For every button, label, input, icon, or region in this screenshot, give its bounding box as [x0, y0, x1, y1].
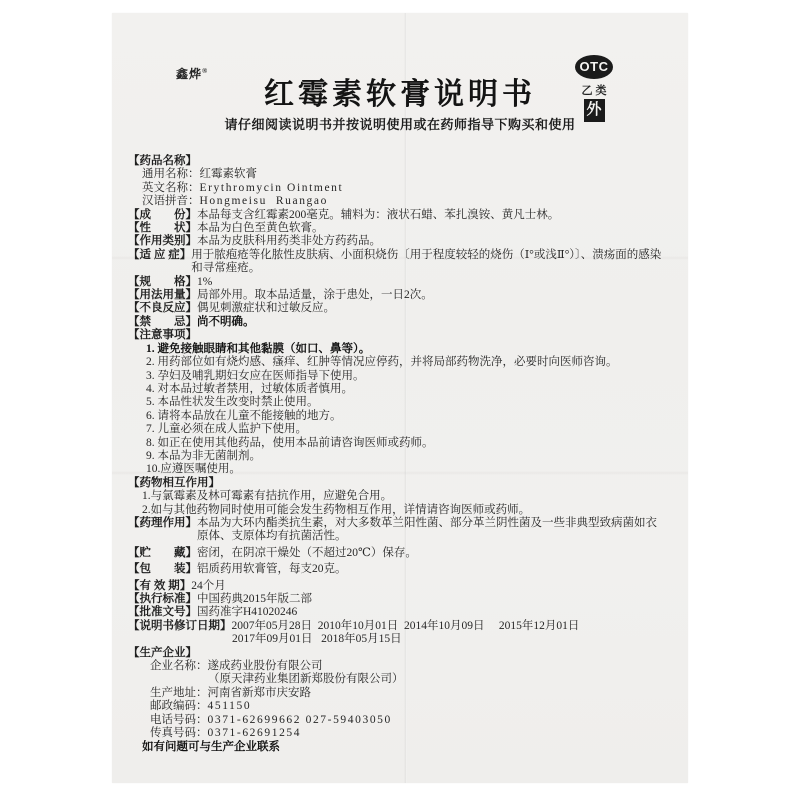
section-label: 【批准文号】	[128, 606, 197, 619]
section-label: 【性 状】	[128, 222, 197, 235]
section-validity-period: 【有 效 期】 24个月	[128, 580, 664, 593]
section-label: 【药品名称】	[128, 155, 197, 168]
section-label: 【药物相互作用】	[128, 477, 220, 490]
section-adverse-reactions: 【不良反应】 偶见刺激症状和过敏反应。	[128, 302, 664, 315]
section-revision-dates: 【说明书修订日期】 2007年05月28日 2010年10月01日 2014年1…	[128, 620, 664, 633]
section-drug-interactions: 【药物相互作用】	[128, 477, 664, 490]
section-dosage: 【用法用量】 局部外用。取本品适量，涂于患处，一日2次。	[128, 289, 664, 302]
section-label: 【生产企业】	[128, 647, 197, 660]
manufacturer-address-label: 生产地址：	[150, 687, 208, 700]
pinyin-name-line: 汉语拼音： Hongmeisu Ruangao	[128, 195, 664, 208]
precaution-item: 4. 对本品过敏者禁用，过敏体质者慎用。	[128, 383, 664, 396]
section-text: 铝质药用软膏管，每支20克。	[197, 563, 664, 576]
english-name-line: 英文名称： Erythromycin Ointment	[128, 182, 664, 195]
section-text: 24个月	[191, 580, 664, 593]
interaction-item: 2.如与其他药物同时使用可能会发生药物相互作用，详情请咨询医师或药师。	[128, 504, 664, 517]
manufacturer-former-name: （原天津药业集团新郑股份有限公司）	[128, 673, 664, 686]
leaflet-body: 【药品名称】 通用名称： 红霉素软膏 英文名称： Erythromycin Oi…	[128, 155, 664, 755]
precaution-item: 5. 本品性状发生改变时禁止使用。	[128, 396, 664, 409]
otc-category-label: 乙类	[572, 82, 616, 98]
precaution-item: 3. 孕妇及哺乳期妇女应在医师指导下使用。	[128, 370, 664, 383]
generic-name-label: 通用名称：	[142, 168, 200, 181]
section-pharmacology: 【药理作用】 本品为大环内酯类抗生素，对大多数革兰阳性菌、部分革兰阴性菌及一些非…	[128, 517, 664, 544]
pinyin-name-value: Hongmeisu Ruangao	[200, 195, 328, 208]
section-executive-standard: 【执行标准】 中国药典2015年版二部	[128, 593, 664, 606]
manufacturer-name-line: 企业名称： 遂成药业股份有限公司	[128, 660, 664, 673]
pinyin-name-label: 汉语拼音：	[142, 195, 200, 208]
section-text: 用于脓疱疮等化脓性皮肤病、小面积烧伤〔用于程度较轻的烧伤（Ⅰ°或浅Ⅱ°）〕、溃疡…	[191, 249, 664, 276]
interaction-item: 1.与氯霉素及林可霉素有拮抗作用，应避免合用。	[128, 490, 664, 503]
section-manufacturer: 【生产企业】	[128, 647, 664, 660]
external-use-mark-icon: 外	[584, 99, 605, 122]
section-precautions: 【注意事项】	[128, 329, 664, 342]
generic-name-value: 红霉素软膏	[200, 168, 258, 181]
section-storage: 【贮 藏】 密闭，在阴凉干燥处（不超过20℃）保存。	[128, 547, 664, 560]
section-text: 本品为大环内酯类抗生素，对大多数革兰阳性菌、部分革兰阴性菌及一些非典型致病菌如衣…	[197, 517, 664, 544]
section-text: 本品每支含红霉素200毫克。辅料为：液状石蜡、苯扎溴铵、黄凡士林。	[197, 209, 664, 222]
section-drug-name: 【药品名称】	[128, 155, 664, 168]
section-label: 【注意事项】	[128, 329, 197, 342]
manufacturer-name-label: 企业名称：	[150, 660, 208, 673]
section-contraindications: 【禁 忌】 尚不明确。	[128, 316, 664, 329]
manufacturer-zip-label: 邮政编码：	[150, 700, 208, 713]
section-label: 【有 效 期】	[128, 580, 191, 593]
section-label: 【禁 忌】	[128, 316, 197, 329]
section-label: 【贮 藏】	[128, 547, 197, 560]
section-text: 本品为白色至黄色软膏。	[197, 222, 664, 235]
section-label: 【适 应 症】	[128, 249, 191, 262]
section-specification: 【规 格】 1%	[128, 276, 664, 289]
otc-marking: OTC 乙类 外	[572, 55, 616, 122]
section-label: 【不良反应】	[128, 302, 197, 315]
manufacturer-address-line: 生产地址： 河南省新郑市庆安路	[128, 687, 664, 700]
section-text: 密闭，在阴凉干燥处（不超过20℃）保存。	[197, 547, 664, 560]
section-action-category: 【作用类别】 本品为皮肤科用药类非处方药药品。	[128, 235, 664, 248]
manufacturer-name-value: 遂成药业股份有限公司	[208, 660, 323, 673]
section-text: 国药准字H41020246	[197, 606, 664, 619]
leaflet-page: 鑫烨® 红霉素软膏说明书 请仔细阅读说明书并按说明使用或在药师指导下购买和使用 …	[112, 13, 688, 783]
manufacturer-fax-line: 传真号码： 0371-62691254	[128, 727, 664, 740]
section-text: 本品为皮肤科用药类非处方药药品。	[197, 235, 664, 248]
section-label: 【用法用量】	[128, 289, 197, 302]
section-text: 1%	[197, 276, 664, 289]
precaution-item: 7. 儿童必须在成人监护下使用。	[128, 423, 664, 436]
precaution-item: 2. 用药部位如有烧灼感、瘙痒、红肿等情况应停药，并将局部药物洗净，必要时向医师…	[128, 356, 664, 369]
generic-name-line: 通用名称： 红霉素软膏	[128, 168, 664, 181]
section-character: 【性 状】 本品为白色至黄色软膏。	[128, 222, 664, 235]
manufacturer-fax-value: 0371-62691254	[208, 727, 302, 740]
precaution-item: 10.应遵医嘱使用。	[128, 463, 664, 476]
section-indications: 【适 应 症】 用于脓疱疮等化脓性皮肤病、小面积烧伤〔用于程度较轻的烧伤（Ⅰ°或…	[128, 249, 664, 276]
manufacturer-fax-label: 传真号码：	[150, 727, 208, 740]
manufacturer-phone-label: 电话号码：	[150, 714, 208, 727]
manufacturer-address-value: 河南省新郑市庆安路	[208, 687, 312, 700]
precaution-item: 8. 如正在使用其他药品，使用本品前请咨询医师或药师。	[128, 437, 664, 450]
manufacturer-zip-value: 451150	[208, 700, 252, 713]
precaution-item: 1. 避免接触眼睛和其他黏膜（如口、鼻等）。	[128, 343, 664, 356]
section-text: 尚不明确。	[197, 316, 664, 329]
section-label: 【成 份】	[128, 209, 197, 222]
section-label: 【作用类别】	[128, 235, 197, 248]
section-composition: 【成 份】 本品每支含红霉素200毫克。辅料为：液状石蜡、苯扎溴铵、黄凡士林。	[128, 209, 664, 222]
english-name-value: Erythromycin Ointment	[200, 182, 344, 195]
revision-dates-line1: 2007年05月28日 2010年10月01日 2014年10月09日 2015…	[232, 620, 665, 633]
revision-dates-line2: 2017年09月01日 2018年05月15日	[128, 633, 664, 646]
contact-note: 如有问题可与生产企业联系	[128, 741, 664, 754]
section-label: 【说明书修订日期】	[128, 620, 232, 633]
section-label: 【包 装】	[128, 563, 197, 576]
section-text: 偶见刺激症状和过敏反应。	[197, 302, 664, 315]
manufacturer-phone-value: 0371-62699662 027-59403050	[208, 714, 392, 727]
manufacturer-zip-line: 邮政编码： 451150	[128, 700, 664, 713]
english-name-label: 英文名称：	[142, 182, 200, 195]
section-label: 【执行标准】	[128, 593, 197, 606]
section-label: 【规 格】	[128, 276, 197, 289]
section-packaging: 【包 装】 铝质药用软膏管，每支20克。	[128, 563, 664, 576]
precaution-item: 6. 请将本品放在儿童不能接触的地方。	[128, 410, 664, 423]
section-text: 中国药典2015年版二部	[197, 593, 664, 606]
precaution-item: 9. 本品为非无菌制剂。	[128, 450, 664, 463]
section-text: 局部外用。取本品适量，涂于患处，一日2次。	[197, 289, 664, 302]
section-label: 【药理作用】	[128, 517, 197, 530]
manufacturer-phone-line: 电话号码： 0371-62699662 027-59403050	[128, 714, 664, 727]
section-approval-number: 【批准文号】 国药准字H41020246	[128, 606, 664, 619]
otc-badge-icon: OTC	[575, 55, 613, 79]
